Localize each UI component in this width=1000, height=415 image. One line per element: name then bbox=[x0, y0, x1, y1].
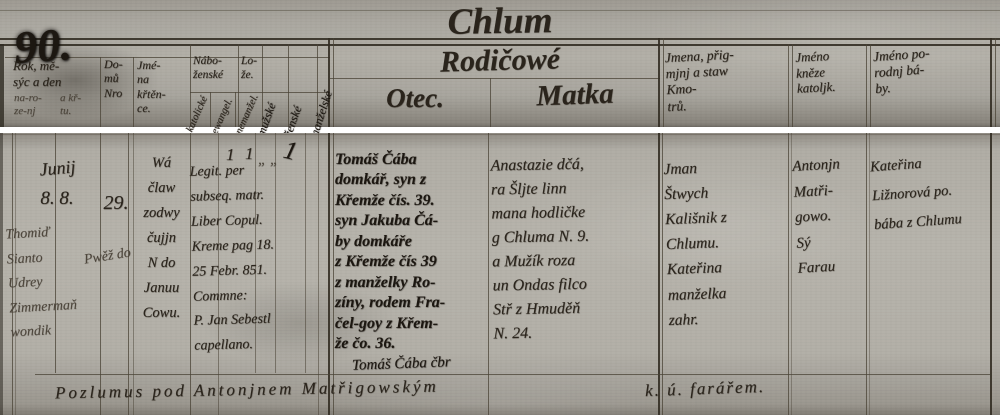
grid-line bbox=[35, 374, 990, 375]
grid-line bbox=[128, 133, 129, 415]
column-header-name: Jmé- na křtěn- ce. bbox=[137, 58, 166, 116]
grid-line bbox=[995, 38, 996, 127]
footer-note-right: k. ú. farářem. bbox=[645, 377, 766, 402]
page-edge bbox=[0, 44, 4, 127]
record-tick-ditto: „ bbox=[258, 151, 266, 169]
column-header-protestant: ewangel. bbox=[209, 97, 236, 136]
record-days: 8. 8. bbox=[12, 188, 102, 211]
record-month: Junij bbox=[14, 154, 101, 183]
record-midwife: Kateřina Ližnorová po. bába z Chlumu bbox=[869, 145, 997, 240]
record-mother: Anastazie dčá, ra Šljte linn mana hodlič… bbox=[490, 152, 658, 347]
grid-line bbox=[100, 57, 101, 127]
column-header-religion: Nábo- ženské bbox=[193, 55, 223, 83]
record-child-name: Wá člaw zodwy čujjn N do Januu Cowu. bbox=[133, 151, 190, 326]
column-header-priest: Jméno kněze katoljk. bbox=[795, 46, 867, 96]
column-header-legitimacy: Lo- že. bbox=[241, 55, 257, 83]
column-header-baptism: a kř- tu. bbox=[60, 92, 81, 118]
record-father: Tomáš Čába domkář, syn z Křemže čís. 39.… bbox=[335, 150, 490, 355]
register-body-section: Junij 8. 8. Thomiď Sianto Udrey Zimmerma… bbox=[0, 133, 1000, 415]
record-godparents: Jman Štwych Kališnik z Chlumu. Kateřina … bbox=[663, 153, 789, 333]
grid-line bbox=[333, 133, 334, 415]
mother-heading: Matka bbox=[491, 75, 658, 116]
grid-line bbox=[190, 92, 330, 93]
record-tick: 1 bbox=[245, 144, 254, 164]
record-tick-catholic: 1 bbox=[226, 145, 235, 165]
record-father-signature: Tomáš Čába čbr bbox=[352, 353, 451, 374]
column-header-birth: na-ro- ze-nj bbox=[14, 92, 42, 118]
column-header-date: Rok, mě- sýc a den bbox=[13, 58, 61, 89]
column-header-godparents: Jmena, přig- mjnj a staw Kmo- trů. bbox=[664, 44, 789, 115]
record-tick-ditto: „ bbox=[270, 151, 278, 169]
father-heading: Otec. bbox=[340, 82, 490, 114]
record-house-number: 29. bbox=[100, 191, 132, 215]
column-header-catholic: katolické bbox=[184, 95, 211, 135]
grid-line bbox=[870, 44, 871, 127]
column-header-midwife: Jméno po- rodnj bá- by. bbox=[872, 41, 993, 98]
record-priest: Antonjn Matři- gowo. Sý Farau bbox=[792, 151, 867, 282]
grid-line bbox=[0, 134, 1000, 135]
record-legitimacy-note: Legit. per subseq. matr. Liber Copul. Kr… bbox=[189, 157, 324, 360]
grid-line bbox=[328, 133, 330, 415]
column-header-house: Do- mů Nro bbox=[104, 57, 123, 100]
grid-line bbox=[210, 92, 211, 127]
grid-line bbox=[235, 92, 236, 127]
grid-line bbox=[866, 133, 867, 415]
grid-line bbox=[238, 44, 239, 127]
register-header-section: 90. Chlum Rodičowé Otec. Matka Rok, mě- … bbox=[0, 0, 1000, 127]
grid-line bbox=[792, 44, 793, 127]
record-date-note: Thomiď Sianto Udrey Zimmermaň wondik bbox=[5, 219, 106, 346]
grid-line bbox=[788, 133, 789, 415]
grid-line bbox=[333, 38, 334, 127]
grid-line bbox=[133, 57, 134, 127]
footer-note-left: Pozlumus pod Antonjnem Matřigowským bbox=[55, 377, 439, 404]
grid-line bbox=[658, 133, 660, 415]
register-scan: 90. Chlum Rodičowé Otec. Matka Rok, mě- … bbox=[0, 0, 1000, 415]
page-edge bbox=[0, 133, 3, 415]
